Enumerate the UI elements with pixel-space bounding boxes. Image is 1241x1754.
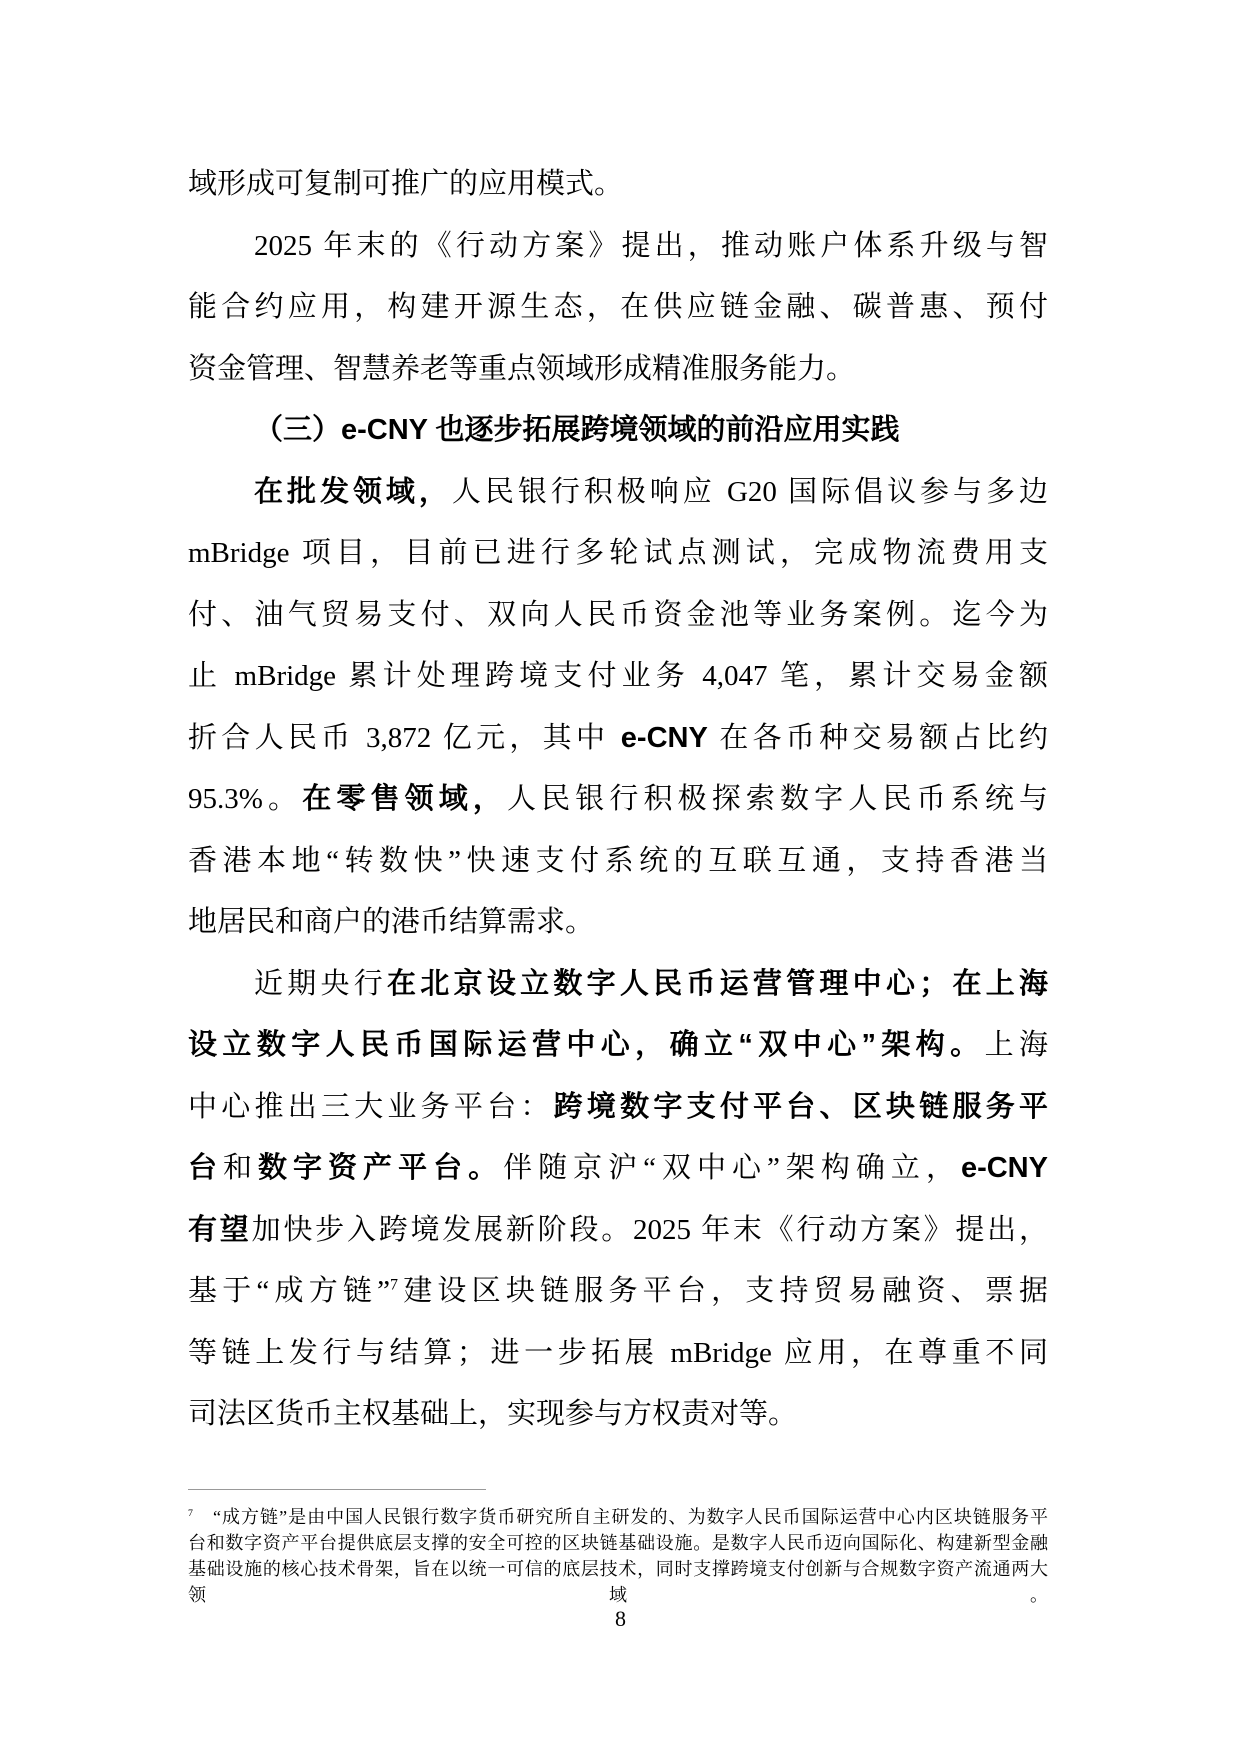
text-line: 中心推出三大业务平台：跨境数字支付平台、区块链服务平: [188, 1077, 1048, 1139]
text-run: 香港本地“转数快”快速支付系统的互联互通，支持香港当: [188, 845, 1048, 877]
text-run: 等链上发行与结算；进一步拓展 mBridge 应用，在尊重不同: [188, 1337, 1048, 1369]
text-line: 基于“成方链”7建设区块链服务平台，支持贸易融资、票据: [188, 1261, 1048, 1323]
text-line: 等链上发行与结算；进一步拓展 mBridge 应用，在尊重不同: [188, 1323, 1048, 1385]
bold-text-run: 跨境数字支付平台、区块链服务平: [554, 1091, 1048, 1123]
text-run: 领域。: [188, 1585, 1048, 1605]
page-number: 8: [0, 1604, 1241, 1634]
text-run: 人民银行积极探索数字人民币系统与: [507, 783, 1048, 815]
text-line: 台和数字资产平台提供底层支撑的安全可控的区块链基础设施。是数字人民币迈向国际化、…: [188, 1530, 1048, 1556]
bold-text-run: 在零售领域，: [302, 783, 507, 815]
text-line: 设立数字人民币国际运营中心，确立“双中心”架构。上海: [188, 1015, 1048, 1077]
text-run: 司法区货币主权基础上，实现参与方权责对等。: [188, 1398, 797, 1430]
text-line: 香港本地“转数快”快速支付系统的互联互通，支持香港当: [188, 831, 1048, 893]
footnote-separator: [188, 1489, 486, 1490]
text-run: mBridge 项目，目前已进行多轮试点测试，完成物流费用支: [188, 537, 1048, 569]
text-run: 能合约应用，构建开源生态，在供应链金融、碳普惠、预付: [188, 291, 1048, 323]
text-run: “成方链”是由中国人民银行数字货币研究所自主研发的、为数字人民币国际运营中心内区…: [193, 1507, 1048, 1527]
bold-text-run: 台: [188, 1152, 223, 1184]
bold-text-run: 有望: [188, 1214, 252, 1246]
bold-text-run: e-CNY: [961, 1152, 1048, 1184]
text-line: 7 “成方链”是由中国人民银行数字货币研究所自主研发的、为数字人民币国际运营中心…: [188, 1504, 1048, 1530]
text-run: 中心推出三大业务平台：: [188, 1091, 554, 1123]
text-line: 近期央行在北京设立数字人民币运营管理中心；在上海: [188, 954, 1048, 1016]
text-run: 人民银行积极响应 G20 国际倡议参与多边: [452, 476, 1048, 508]
text-line: 资金管理、智慧养老等重点领域形成精准服务能力。: [188, 339, 1048, 401]
text-line: 在批发领域，人民银行积极响应 G20 国际倡议参与多边: [188, 462, 1048, 524]
text-line: 95.3%。在零售领域，人民银行积极探索数字人民币系统与: [188, 769, 1048, 831]
text-run: 和: [223, 1152, 258, 1184]
footnote-ref: 7: [390, 1276, 398, 1293]
text-run: 加快步入跨境发展新阶段。2025 年末《行动方案》提出，: [252, 1214, 1048, 1246]
text-run: 折合人民币 3,872 亿元，其中: [188, 722, 621, 754]
document-page: 域形成可复制可推广的应用模式。2025 年末的《行动方案》提出，推动账户体系升级…: [0, 0, 1241, 1754]
text-run: 资金管理、智慧养老等重点领域形成精准服务能力。: [188, 353, 855, 385]
text-run: 止 mBridge 累计处理跨境支付业务 4,047 笔，累计交易金额: [188, 660, 1048, 692]
text-line: 地居民和商户的港币结算需求。: [188, 892, 1048, 954]
bold-text-run: 在批发领域，: [254, 476, 452, 508]
bold-text-run: （三）e-CNY 也逐步拓展跨境领域的前沿应用实践: [254, 414, 900, 446]
text-run: 付、油气贸易支付、双向人民币资金池等业务案例。迄今为: [188, 599, 1048, 631]
text-line: 台和数字资产平台。伴随京沪“双中心”架构确立，e-CNY: [188, 1138, 1048, 1200]
section-heading: （三）e-CNY 也逐步拓展跨境领域的前沿应用实践: [188, 400, 1048, 462]
bold-text-run: e-CNY: [621, 722, 708, 754]
text-run: 上海: [985, 1029, 1048, 1061]
bold-text-run: 设立数字人民币国际运营中心，确立“双中心”架构。: [188, 1029, 985, 1061]
bold-text-run: 在北京设立数字人民币运营管理中心；在上海: [387, 968, 1048, 1000]
text-run: 95.3%。: [188, 783, 302, 815]
text-line: 能合约应用，构建开源生态，在供应链金融、碳普惠、预付: [188, 277, 1048, 339]
text-run: 近期央行: [254, 968, 387, 1000]
text-run: 建设区块链服务平台，支持贸易融资、票据: [398, 1275, 1048, 1307]
text-line: 付、油气贸易支付、双向人民币资金池等业务案例。迄今为: [188, 585, 1048, 647]
text-line: 基础设施的核心技术骨架，旨在以统一可信的底层技术，同时支撑跨境支付创新与合规数字…: [188, 1556, 1048, 1582]
text-run: 基于“成方链”: [188, 1275, 390, 1307]
text-run: 在各币种交易额占比约: [708, 722, 1048, 754]
text-line: 域形成可复制可推广的应用模式。: [188, 154, 1048, 216]
text-run: 2025 年末的《行动方案》提出，推动账户体系升级与智: [254, 230, 1048, 262]
footnote: 7 “成方链”是由中国人民银行数字货币研究所自主研发的、为数字人民币国际运营中心…: [188, 1504, 1048, 1608]
text-line: 止 mBridge 累计处理跨境支付业务 4,047 笔，累计交易金额: [188, 646, 1048, 708]
text-line: 折合人民币 3,872 亿元，其中 e-CNY 在各币种交易额占比约: [188, 708, 1048, 770]
text-line: 有望加快步入跨境发展新阶段。2025 年末《行动方案》提出，: [188, 1200, 1048, 1262]
text-line: mBridge 项目，目前已进行多轮试点测试，完成物流费用支: [188, 523, 1048, 585]
text-run: 伴随京沪“双中心”架构确立，: [503, 1152, 961, 1184]
text-line: 司法区货币主权基础上，实现参与方权责对等。: [188, 1384, 1048, 1446]
text-run: 基础设施的核心技术骨架，旨在以统一可信的底层技术，同时支撑跨境支付创新与合规数字…: [188, 1559, 1048, 1579]
body-text: 域形成可复制可推广的应用模式。2025 年末的《行动方案》提出，推动账户体系升级…: [188, 154, 1048, 1446]
bold-text-run: 数字资产平台。: [258, 1152, 503, 1184]
text-run: 台和数字资产平台提供底层支撑的安全可控的区块链基础设施。是数字人民币迈向国际化、…: [188, 1533, 1048, 1553]
text-run: 域形成可复制可推广的应用模式。: [188, 168, 623, 200]
text-run: 地居民和商户的港币结算需求。: [188, 906, 594, 938]
text-line: 2025 年末的《行动方案》提出，推动账户体系升级与智: [188, 216, 1048, 278]
